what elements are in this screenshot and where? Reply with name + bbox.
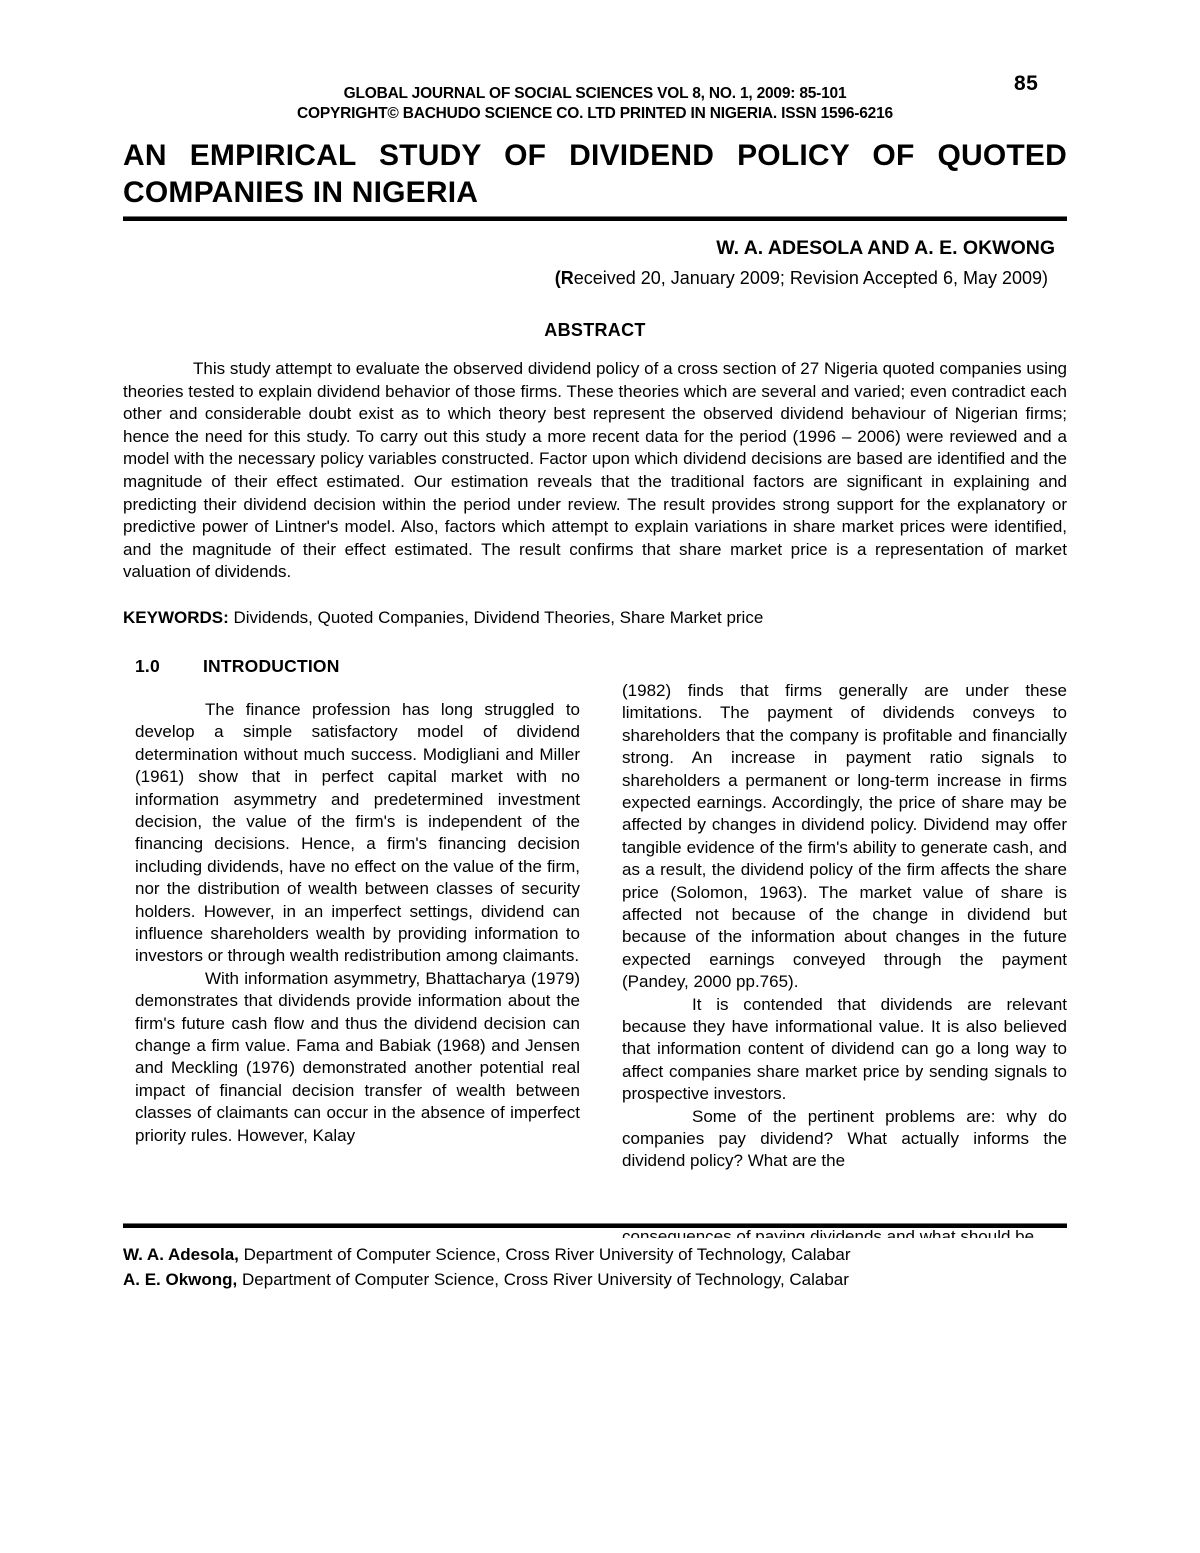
paper-title: AN EMPIRICAL STUDY OF DIVIDEND POLICY OF… xyxy=(123,137,1067,211)
intro-paragraph: It is contended that dividends are relev… xyxy=(622,994,1067,1106)
footer-author-name: A. E. Okwong, xyxy=(123,1270,237,1289)
abstract-heading: ABSTRACT xyxy=(123,320,1067,341)
intro-paragraph: Some of the pertinent problems are: why … xyxy=(622,1106,1067,1173)
footer-author-affiliation: Department of Computer Science, Cross Ri… xyxy=(239,1245,851,1264)
intro-paragraph: With information asymmetry, Bhattacharya… xyxy=(135,968,580,1147)
intro-paragraph: The finance profession has long struggle… xyxy=(135,699,580,968)
affiliation-line: W. A. Adesola, Department of Computer Sc… xyxy=(123,1242,1067,1267)
footer-author-name: W. A. Adesola, xyxy=(123,1245,239,1264)
keywords-line: KEYWORDS: Dividends, Quoted Companies, D… xyxy=(123,608,1067,628)
copyright-line: COPYRIGHT© BACHUDO SCIENCE CO. LTD PRINT… xyxy=(123,104,1067,124)
intro-paragraph: (1982) finds that firms generally are un… xyxy=(622,680,1067,994)
left-column: 1.0INTRODUCTION The finance profession h… xyxy=(135,656,580,1218)
authors-line: W. A. ADESOLA AND A. E. OKWONG xyxy=(123,237,1067,260)
author-affiliations: W. A. Adesola, Department of Computer Sc… xyxy=(123,1242,1067,1292)
journal-header: GLOBAL JOURNAL OF SOCIAL SCIENCES VOL 8,… xyxy=(123,0,1067,124)
section-title: INTRODUCTION xyxy=(203,656,340,676)
introduction-columns: 1.0INTRODUCTION The finance profession h… xyxy=(135,656,1067,1218)
journal-line: GLOBAL JOURNAL OF SOCIAL SCIENCES VOL 8,… xyxy=(123,84,1067,104)
section-heading: 1.0INTRODUCTION xyxy=(135,656,580,677)
title-rule xyxy=(123,216,1067,221)
clipped-text-strip: consequences of paying dividends and wha… xyxy=(123,1228,1067,1238)
keywords-text: Dividends, Quoted Companies, Dividend Th… xyxy=(229,608,764,627)
received-line: (Received 20, January 2009; Revision Acc… xyxy=(123,268,1067,289)
right-column: (1982) finds that firms generally are un… xyxy=(622,656,1067,1218)
clipped-line: consequences of paying dividends and wha… xyxy=(622,1228,1067,1238)
paper-page: 85 GLOBAL JOURNAL OF SOCIAL SCIENCES VOL… xyxy=(0,0,1200,1553)
affiliation-line: A. E. Okwong, Department of Computer Sci… xyxy=(123,1267,1067,1292)
footer-author-affiliation: Department of Computer Science, Cross Ri… xyxy=(237,1270,849,1289)
section-number: 1.0 xyxy=(135,656,203,677)
keywords-label: KEYWORDS: xyxy=(123,608,229,627)
page-number: 85 xyxy=(1014,72,1038,96)
abstract-text: This study attempt to evaluate the obser… xyxy=(123,358,1067,584)
